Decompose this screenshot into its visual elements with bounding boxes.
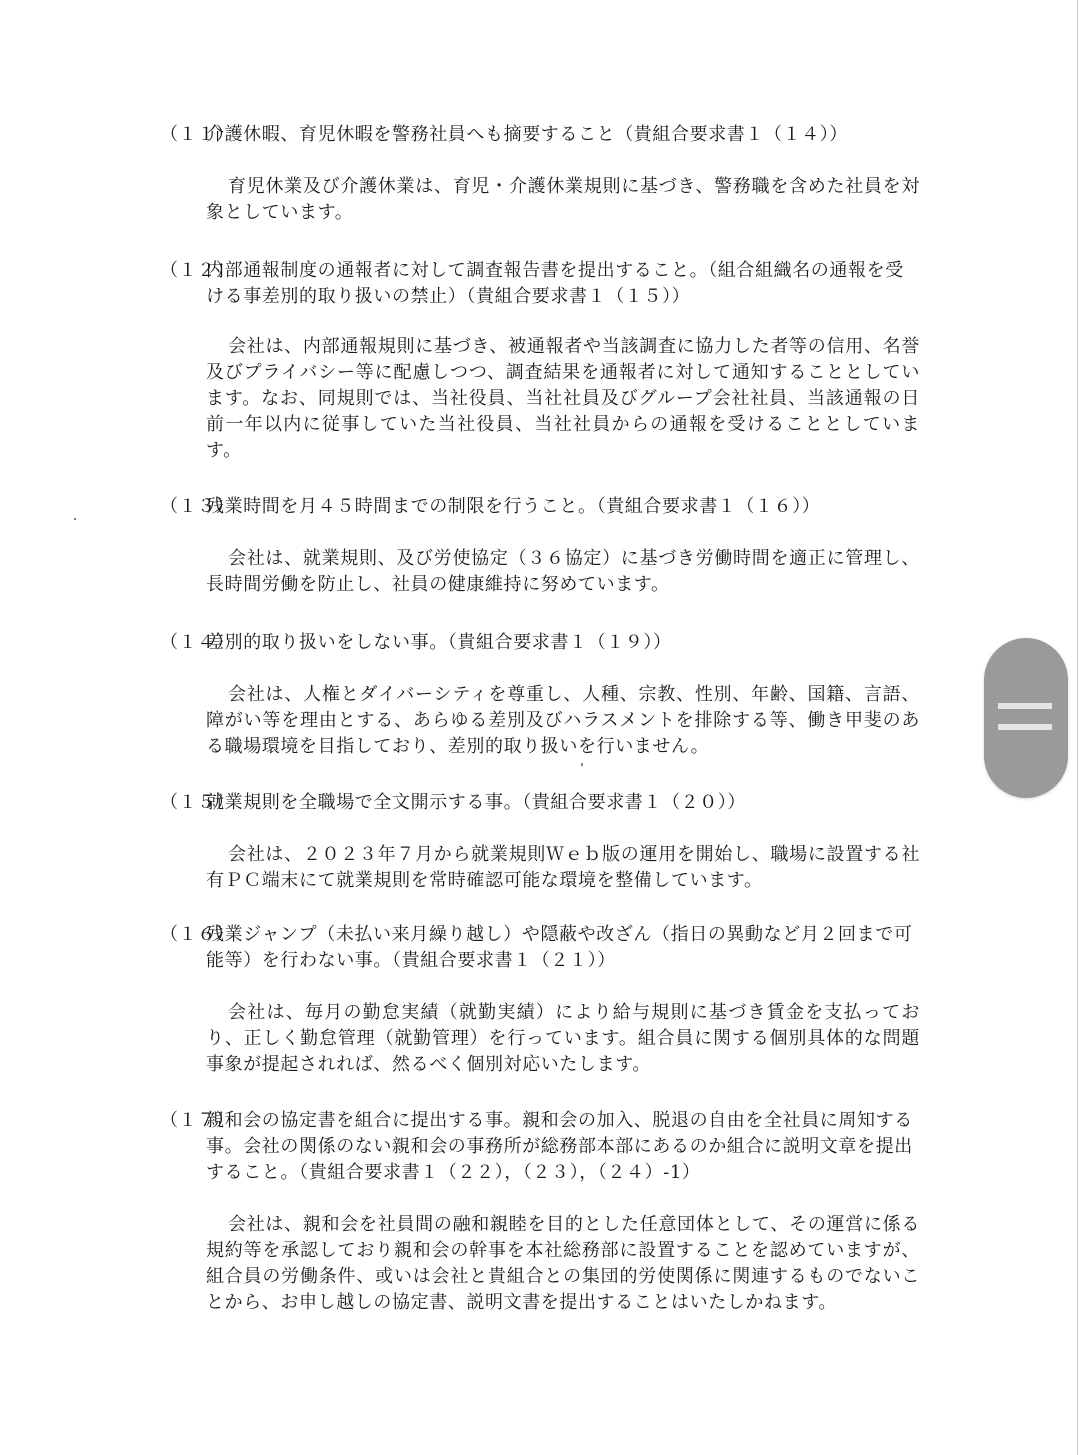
item-heading: （１３）残業時間を月４５時間までの制限を行うこと。（貴組合要求書１（１６））: [160, 494, 920, 520]
item-number: （１１）: [160, 122, 234, 148]
item-answer: 会社は、内部通報規則に基づき、被通報者や当該調査に協力した者等の信用、名誉及びプ…: [160, 334, 920, 464]
item-11: （１１）介護休暇、育児休暇を警務社員へも摘要すること（貴組合要求書１（１４）） …: [160, 122, 920, 226]
item-answer: 会社は、毎月の勤怠実績（就勤実績）により給与規則に基づき賃金を支払っており、正し…: [160, 1000, 920, 1078]
item-heading-text: 内部通報制度の通報者に対して調査報告書を提出すること。（組合組織名の通報を受ける…: [206, 260, 904, 307]
item-heading-text: 差別的取り扱いをしない事。（貴組合要求書１（１９））: [206, 632, 672, 653]
scan-speck: [581, 763, 583, 766]
scan-speck: [74, 518, 76, 520]
item-heading-text: 介護休暇、育児休暇を警務社員へも摘要すること（貴組合要求書１（１４））: [206, 124, 848, 145]
item-17: （１７）親和会の協定書を組合に提出する事。親和会の加入、脱退の自由を全社員に周知…: [160, 1108, 920, 1316]
item-13: （１３）残業時間を月４５時間までの制限を行うこと。（貴組合要求書１（１６）） 会…: [160, 494, 920, 598]
item-heading-text: 就業規則を全職場で全文開示する事。（貴組合要求書１（２０））: [206, 792, 746, 813]
item-heading-text: 親和会の協定書を組合に提出する事。親和会の加入、脱退の自由を全社員に周知する事。…: [206, 1110, 913, 1183]
item-12: （１２）内部通報制度の通報者に対して調査報告書を提出すること。（組合組織名の通報…: [160, 258, 920, 464]
item-16: （１６）残業ジャンプ（未払い来月繰り越し）や隠蔽や改ざん（指日の異動など月２回ま…: [160, 922, 920, 1078]
document-page: （１１）介護休暇、育児休暇を警務社員へも摘要すること（貴組合要求書１（１４）） …: [0, 0, 1080, 1455]
item-heading: （１６）残業ジャンプ（未払い来月繰り越し）や隠蔽や改ざん（指日の異動など月２回ま…: [160, 922, 920, 974]
item-number: （１５）: [160, 790, 234, 816]
page-edge-line: [1077, 0, 1078, 1455]
item-answer: 会社は、親和会を社員間の融和親睦を目的とした任意団体として、その運営に係る規約等…: [160, 1212, 920, 1316]
item-heading: （１２）内部通報制度の通報者に対して調査報告書を提出すること。（組合組織名の通報…: [160, 258, 920, 310]
item-heading: （１５）就業規則を全職場で全文開示する事。（貴組合要求書１（２０））: [160, 790, 920, 816]
item-heading: （１７）親和会の協定書を組合に提出する事。親和会の加入、脱退の自由を全社員に周知…: [160, 1108, 920, 1186]
drag-handle-icon: [998, 703, 1052, 709]
item-number: （１２）: [160, 258, 234, 284]
item-heading: （１４）差別的取り扱いをしない事。（貴組合要求書１（１９））: [160, 630, 920, 656]
item-heading: （１１）介護休暇、育児休暇を警務社員へも摘要すること（貴組合要求書１（１４））: [160, 122, 920, 148]
drag-handle-icon: [998, 724, 1052, 730]
item-answer: 会社は、人権とダイバーシティを尊重し、人種、宗教、性別、年齢、国籍、言語、障がい…: [160, 682, 920, 760]
item-heading-text: 残業時間を月４５時間までの制限を行うこと。（貴組合要求書１（１６））: [206, 496, 820, 517]
item-answer: 会社は、就業規則、及び労使協定（３６協定）に基づき労働時間を適正に管理し、長時間…: [160, 546, 920, 598]
item-number: （１７）: [160, 1108, 234, 1134]
item-15: （１５）就業規則を全職場で全文開示する事。（貴組合要求書１（２０）） 会社は、２…: [160, 790, 920, 894]
item-14: （１４）差別的取り扱いをしない事。（貴組合要求書１（１９）） 会社は、人権とダイ…: [160, 630, 920, 760]
item-number: （１４）: [160, 630, 234, 656]
item-answer: 育児休業及び介護休業は、育児・介護休業規則に基づき、警務職を含めた社員を対象とし…: [160, 174, 920, 226]
item-number: （１６）: [160, 922, 234, 948]
item-answer: 会社は、２０２３年７月から就業規則Ｗｅｂ版の運用を開始し、職場に設置する社有ＰＣ…: [160, 842, 920, 894]
item-heading-text: 残業ジャンプ（未払い来月繰り越し）や隠蔽や改ざん（指日の異動など月２回まで可能等…: [206, 924, 912, 971]
scroll-handle[interactable]: [984, 638, 1068, 798]
item-number: （１３）: [160, 494, 234, 520]
